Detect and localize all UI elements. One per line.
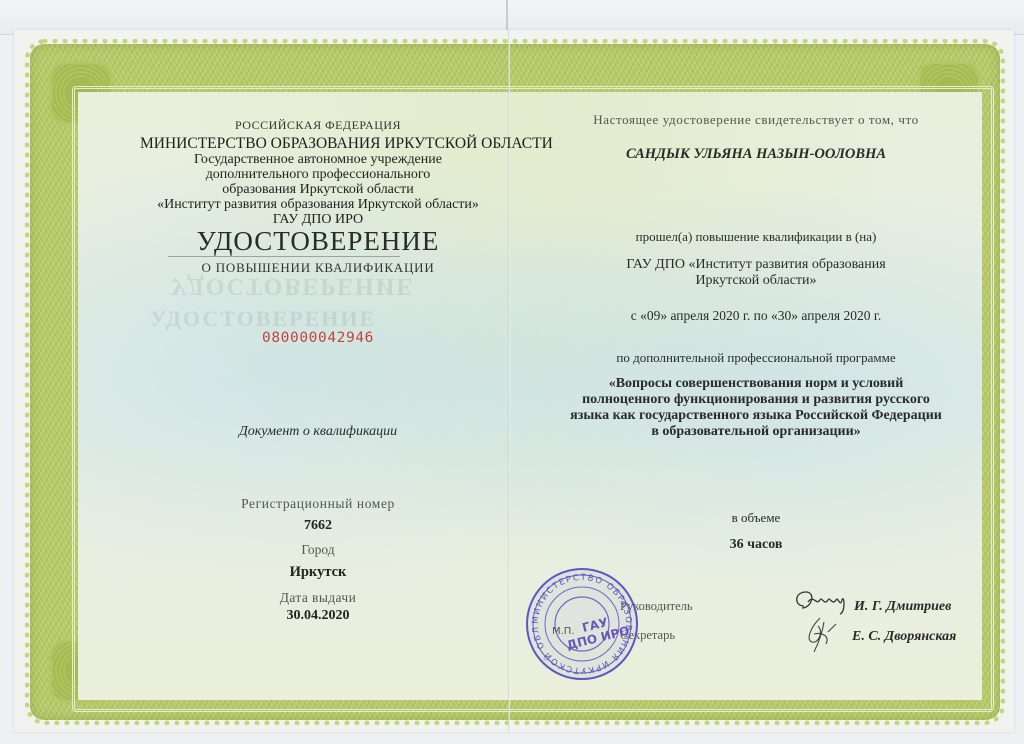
fold-crease <box>506 0 508 30</box>
certificate-title: УДОСТОВЕРЕНИЕ <box>140 226 496 256</box>
signatory-name-secretary: Е. С. Дворянская <box>852 629 956 645</box>
watermark-text: УДОСТОВЕРЕНИЕ <box>170 272 414 299</box>
passed-training-text: прошел(а) повышение квалификации в (на) <box>516 229 996 245</box>
registration-number-label: Регистрационный номер <box>140 496 496 512</box>
program-title-line: языка как государственного языка Российс… <box>516 408 996 424</box>
volume-value: 36 часов <box>516 537 996 553</box>
program-label: по дополнительной профессиональной прогр… <box>516 350 996 366</box>
watermark-text: УДОСТОВЕРЕНИЕ <box>150 306 376 332</box>
organization-line: Государственное автономное учреждение <box>140 152 496 167</box>
signature-head-icon <box>790 588 852 616</box>
holder-name: САНДЫК УЛЬЯНА НАЗЫН-ООЛОВНА <box>516 146 996 163</box>
organization-abbreviation: ГАУ ДПО ИРО <box>140 212 496 227</box>
certificate-intro: Настоящее удостоверение свидетельствует … <box>516 112 996 128</box>
program-title-line: в образовательной организации» <box>516 424 996 440</box>
training-period: с «09» апреля 2020 г. по «30» апреля 202… <box>516 308 996 324</box>
registration-number-value: 7662 <box>140 518 496 534</box>
ministry-heading: МИНИСТЕРСТВО ОБРАЗОВАНИЯ ИРКУТСКОЙ ОБЛАС… <box>140 136 496 152</box>
city-label: Город <box>140 542 496 558</box>
serial-number: 080000042946 <box>140 330 496 346</box>
certificate-subtitle: О ПОВЫШЕНИИ КВАЛИФИКАЦИИ <box>140 260 496 276</box>
city-value: Иркутск <box>140 564 496 581</box>
country-heading: РОССИЙСКАЯ ФЕДЕРАЦИЯ <box>140 118 496 133</box>
stamp-mp-label: М.П. <box>552 626 575 637</box>
signature-secretary-icon <box>800 614 840 654</box>
signatory-name-head: И. Г. Дмитриев <box>854 599 951 615</box>
organization-line: дополнительного профессионального <box>140 167 496 182</box>
institution-line: ГАУ ДПО «Институт развития образования <box>516 257 996 273</box>
program-title-line: полноценного функционирования и развития… <box>516 392 996 408</box>
volume-label: в объеме <box>516 510 996 526</box>
program-title-line: «Вопросы совершенствования норм и услови… <box>516 376 996 392</box>
issue-date-label: Дата выдачи <box>140 590 496 606</box>
issue-date-value: 30.04.2020 <box>140 608 496 624</box>
institution-line: Иркутской области» <box>516 273 996 289</box>
organization-line: образования Иркутской области <box>140 182 496 197</box>
title-divider <box>168 256 400 257</box>
organization-line: «Институт развития образования Иркутской… <box>140 197 496 212</box>
document-type: Документ о квалификации <box>140 424 496 440</box>
